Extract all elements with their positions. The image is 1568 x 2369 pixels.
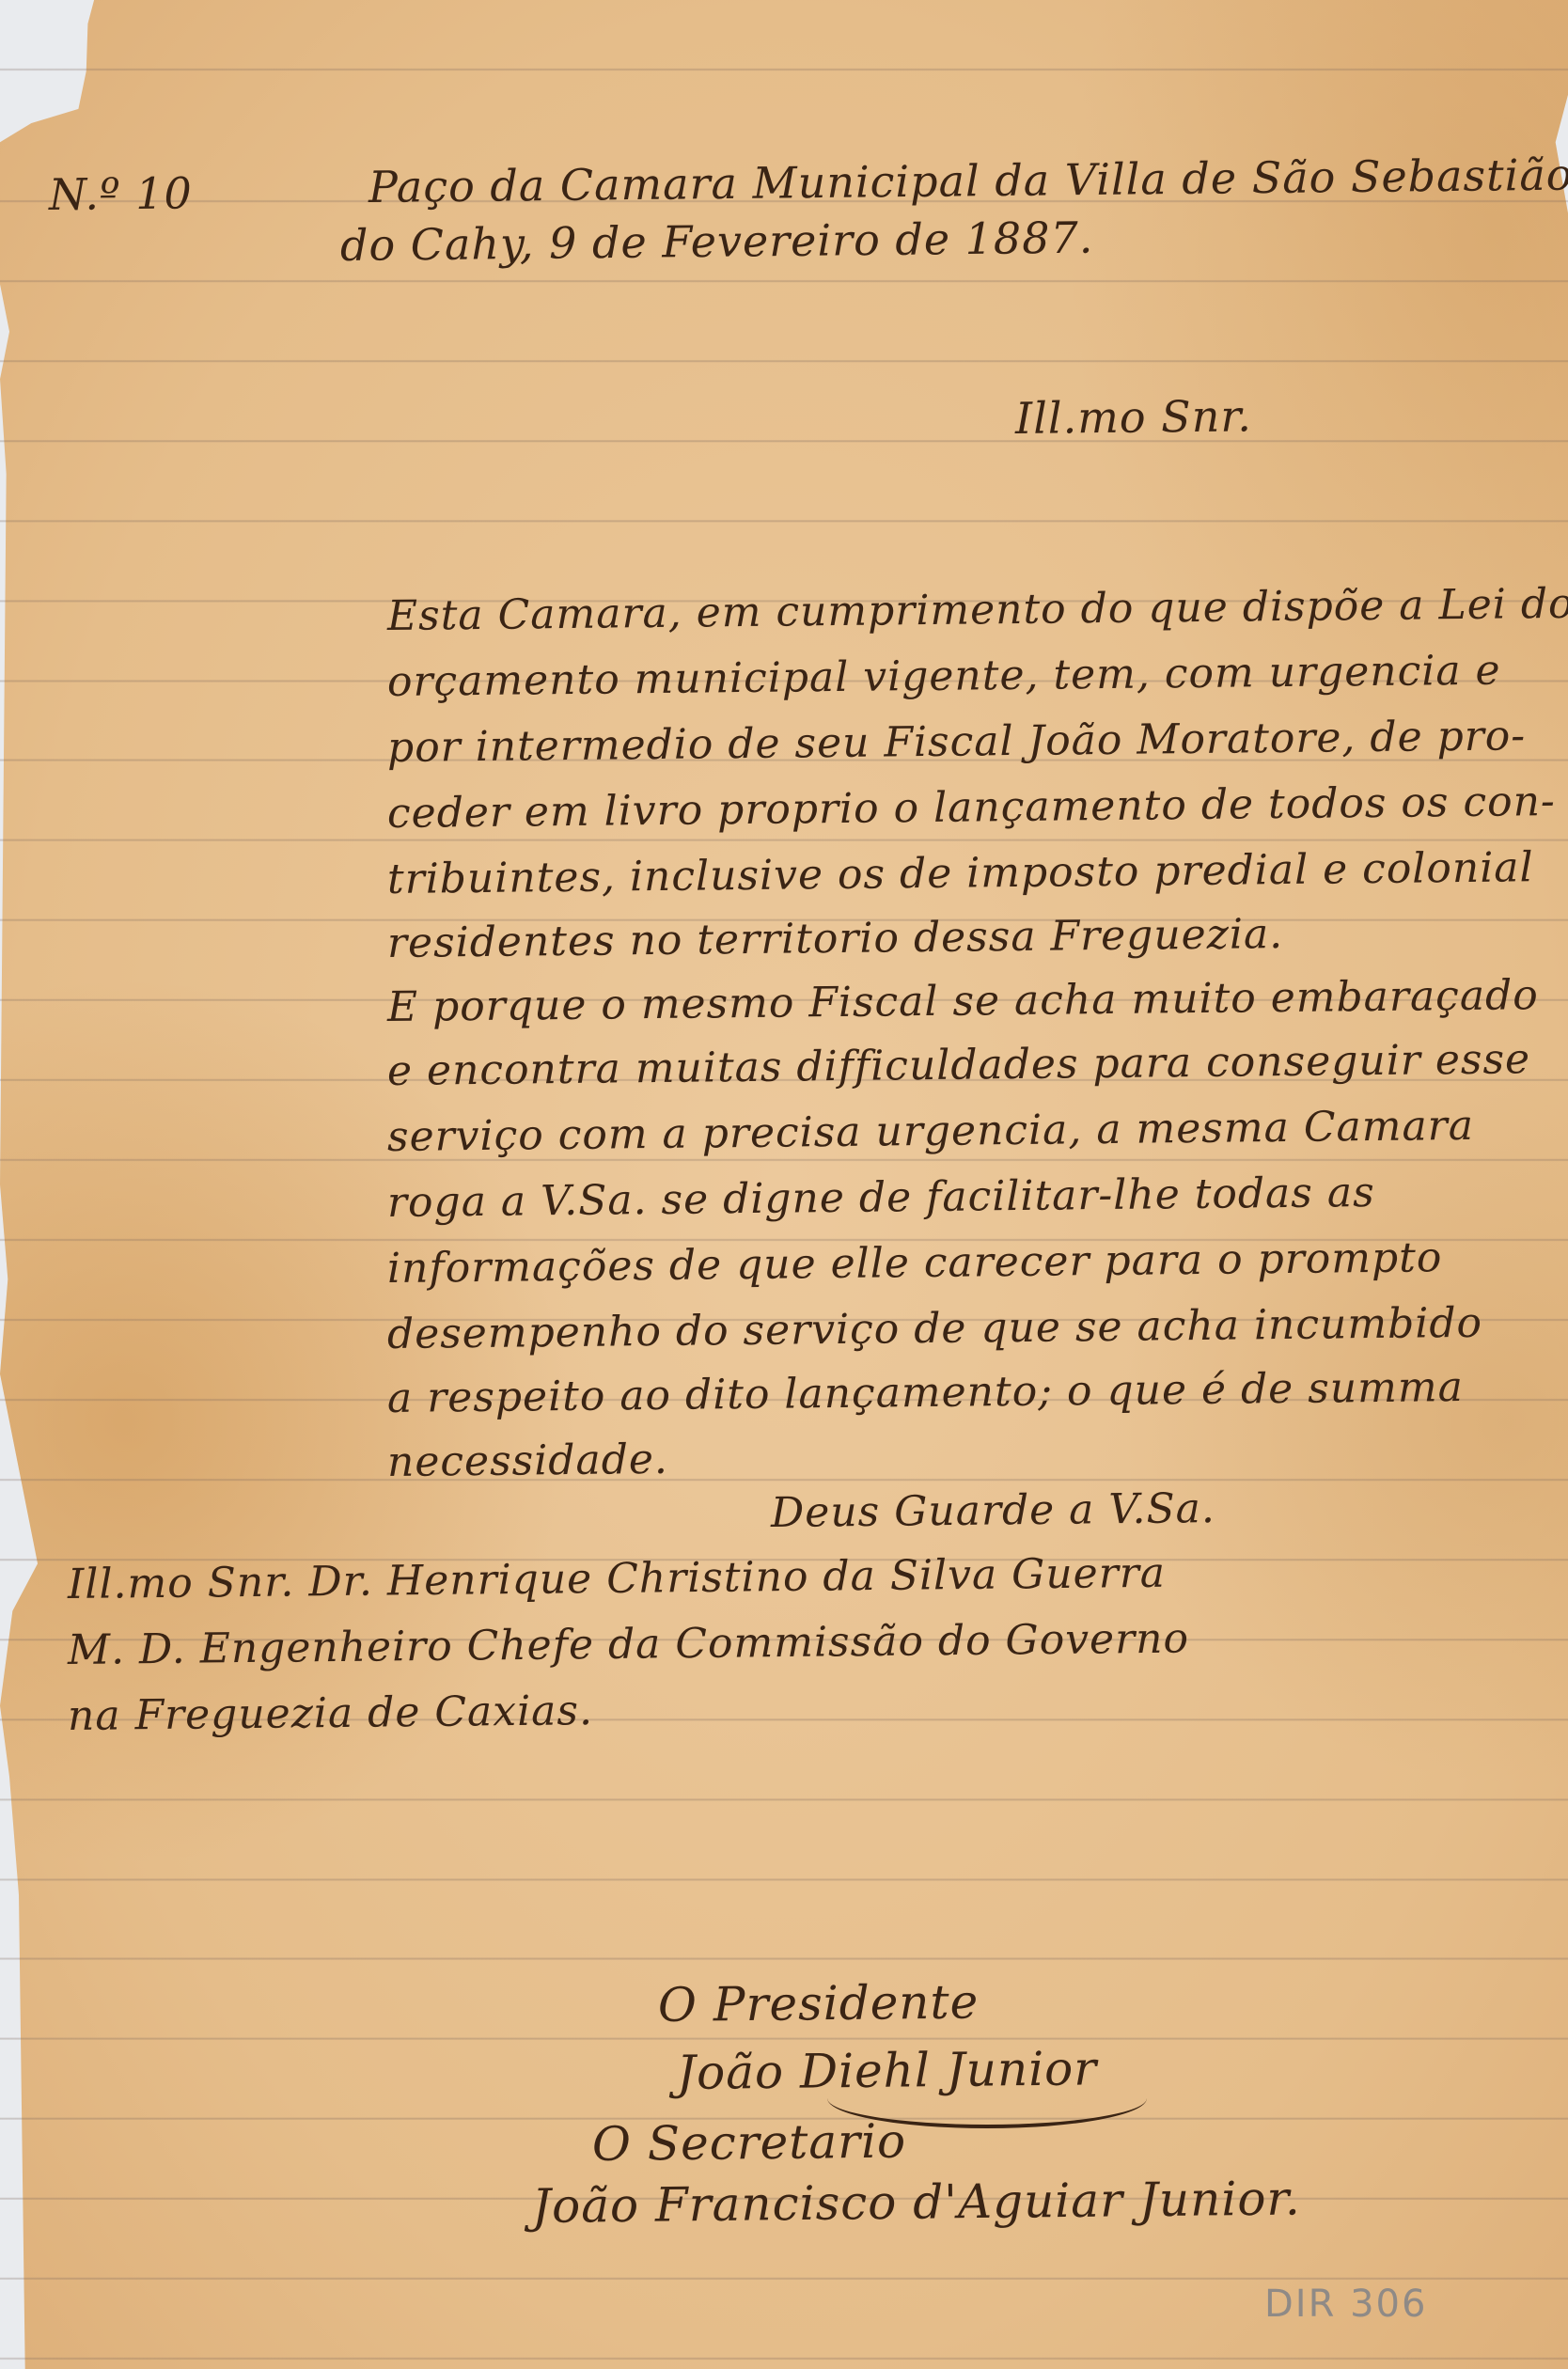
heading-line-2: do Cahy, 9 de Fevereiro de 1887. (340, 212, 1094, 271)
archive-mark: DIR 306 (1264, 2283, 1427, 2326)
secretary-title: O Secretario (592, 2114, 907, 2172)
salutation: Ill.mo Snr. (1015, 390, 1252, 444)
president-title: O Presidente (658, 1974, 980, 2032)
addressee-line: na Freguezia de Caxias. (68, 1687, 593, 1740)
closing: Deus Guarde a V.Sa. (771, 1484, 1215, 1537)
body-line: necessidade. (387, 1436, 668, 1486)
body-line: residentes no territorio dessa Freguezia… (387, 910, 1284, 967)
secretary-signature: João Francisco d'Aguiar Junior. (532, 2171, 1301, 2234)
document-number: N.º 10 (49, 167, 193, 220)
